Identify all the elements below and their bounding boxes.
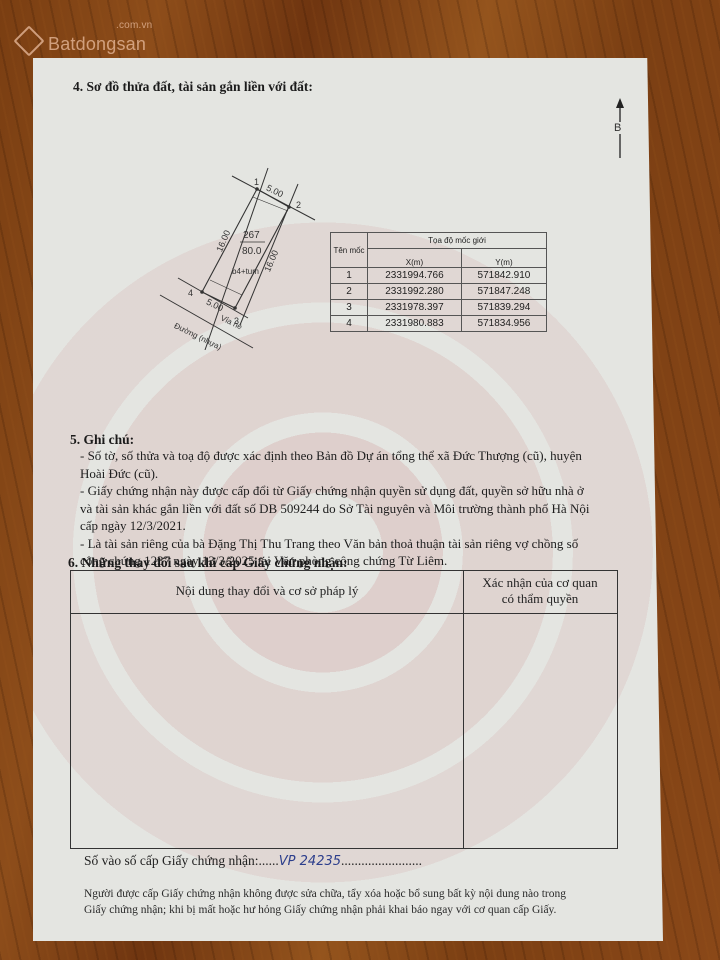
column-divider (463, 571, 464, 848)
north-arrow-icon: B (610, 98, 630, 160)
section5-title: 5. Ghi chú: (70, 432, 134, 448)
note-line: cấp ngày 12/3/2021. (80, 517, 660, 535)
registry-label: Số vào số cấp Giấy chứng nhận: (84, 853, 259, 868)
parcel-area: 80.0 (242, 246, 261, 257)
note-line: - Là tài sản riêng của bà Đặng Thị Thu T… (80, 535, 660, 553)
table-row: 1 2331994.766 571842.910 (331, 268, 547, 284)
table-row: 3 2331978.397 571839.294 (331, 300, 547, 316)
col-name-header: Tên mốc (331, 233, 368, 268)
parcel-number: 267 (243, 230, 260, 241)
note-line: - Số tờ, số thửa và toạ độ được xác định… (80, 447, 660, 465)
boundary-coordinates-table: Tên mốc Tọa độ mốc giới X(m) Y(m) 1 2331… (330, 232, 547, 332)
authority-confirmation-header: Xác nhận của cơ quan có thẩm quyền (463, 575, 617, 607)
note-line: Hoài Đức (cũ). (80, 465, 660, 483)
note-line: và tài sản khác gắn liền với đất số DB 5… (80, 500, 660, 518)
footer-warning: Người được cấp Giấy chứng nhận không đượ… (84, 886, 674, 918)
batdongsan-logo-icon (13, 25, 44, 56)
registry-number-line: Số vào số cấp Giấy chứng nhận:......VP 2… (84, 853, 422, 869)
watermark: Batdongsan .com.vn (18, 30, 146, 55)
corner-2: 2 (296, 200, 301, 210)
section4-title: 4. Sơ đồ thửa đất, tài sản gắn liền với … (73, 79, 313, 95)
col-x-header: X(m) (368, 249, 462, 268)
table-row: 4 2331980.883 571834.956 (331, 316, 547, 332)
changes-content-header: Nội dung thay đổi và cơ sở pháp lý (71, 583, 463, 599)
plot-diagram: 1 2 3 4 5.00 5.00 16.00 16.00 267 80.0 b… (150, 160, 330, 350)
corner-4: 4 (188, 288, 193, 298)
corner-1: 1 (254, 177, 259, 187)
building-type: b4+tum (232, 267, 259, 276)
table-row: 2 2331992.280 571847.248 (331, 284, 547, 300)
notes: - Số tờ, số thửa và toạ độ được xác định… (80, 447, 660, 570)
col-y-header: Y(m) (461, 249, 546, 268)
coord-group-header: Tọa độ mốc giới (368, 233, 547, 249)
north-label: B (614, 122, 621, 134)
note-line: - Giấy chứng nhận này được cấp đổi từ Gi… (80, 482, 660, 500)
handwritten-registry-number: VP 24235 (279, 854, 341, 869)
changes-table: Nội dung thay đổi và cơ sở pháp lý Xác n… (70, 570, 618, 849)
section6-title: 6. Những thay đổi sau khi cấp Giấy chứng… (68, 555, 348, 571)
